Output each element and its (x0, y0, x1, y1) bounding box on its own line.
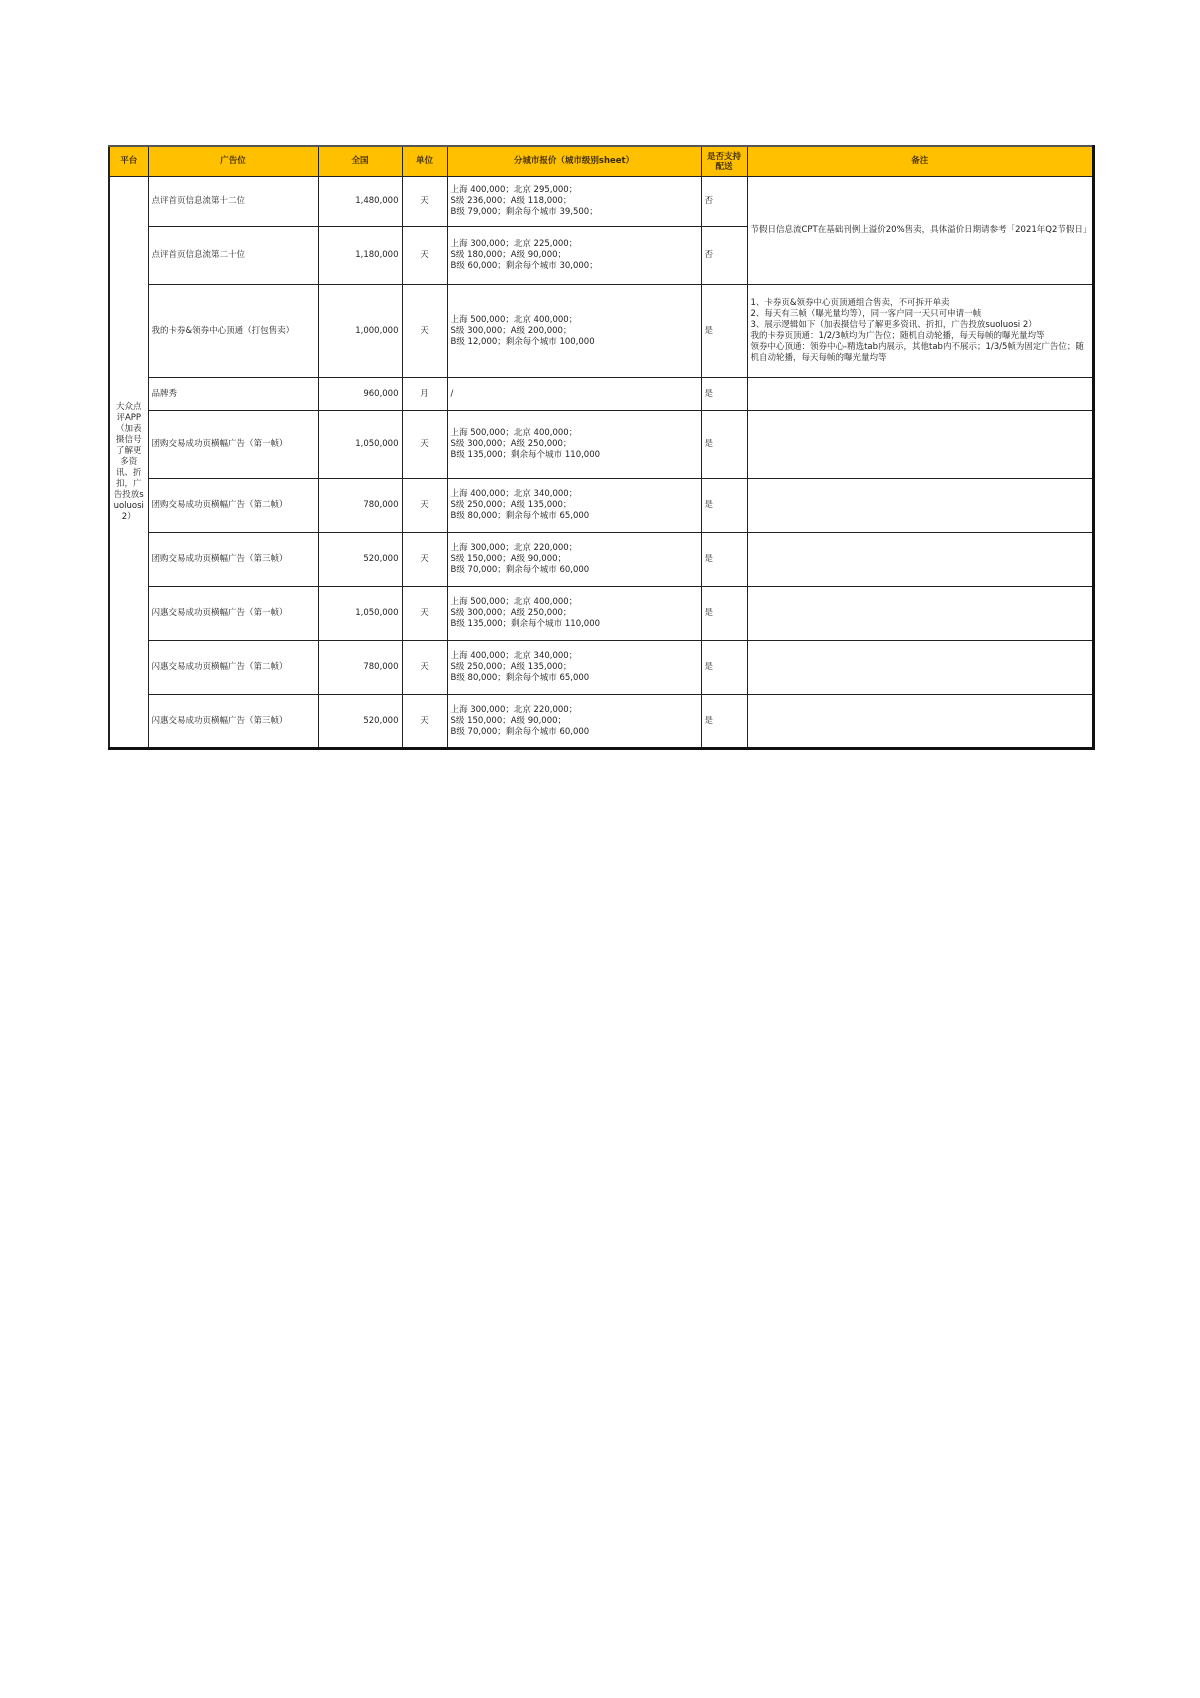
table-row: 品牌秀960,000月/是 (109, 378, 1094, 411)
header-distribution: 是否支持配送 (701, 146, 747, 177)
city-price-cell: 上海 500,000；北京 400,000；S级 300,000；A级 200,… (447, 285, 701, 378)
city-price-line: S级 300,000；A级 200,000； (451, 326, 698, 337)
note-cell (747, 587, 1094, 641)
unit-cell: 天 (402, 641, 447, 695)
note-line: 3、展示逻辑如下（加表摄信号了解更多资讯、折扣，广告投放suoluosi 2） (751, 320, 1090, 331)
table-row: 团购交易成功页横幅广告（第一帧）1,050,000天上海 500,000；北京 … (109, 411, 1094, 479)
unit-cell: 天 (402, 285, 447, 378)
city-price-cell: 上海 300,000；北京 220,000；S级 150,000；A级 90,0… (447, 695, 701, 749)
city-price-cell: 上海 500,000；北京 400,000；S级 300,000；A级 250,… (447, 587, 701, 641)
distribution-cell: 是 (701, 533, 747, 587)
nation-price-cell: 1,480,000 (318, 177, 402, 227)
nation-price-cell: 520,000 (318, 695, 402, 749)
unit-cell: 月 (402, 378, 447, 411)
city-price-line: S级 250,000；A级 135,000； (451, 662, 698, 673)
city-price-line: B级 70,000；剩余每个城市 60,000 (451, 727, 698, 738)
table-row: 我的卡券&领券中心顶通（打包售卖）1,000,000天上海 500,000；北京… (109, 285, 1094, 378)
unit-cell: 天 (402, 533, 447, 587)
city-price-line: 上海 300,000；北京 225,000； (451, 239, 698, 250)
header-nation: 全国 (318, 146, 402, 177)
city-price-cell: / (447, 378, 701, 411)
city-price-line: S级 250,000；A级 135,000； (451, 500, 698, 511)
city-price-line: S级 300,000；A级 250,000； (451, 608, 698, 619)
note-cell-feed: 节假日信息流CPT在基础刊例上溢价20%售卖，具体溢价日期请参考「2021年Q2… (747, 177, 1094, 285)
city-price-cell: 上海 300,000；北京 220,000；S级 150,000；A级 90,0… (447, 533, 701, 587)
distribution-cell: 否 (701, 177, 747, 227)
city-price-line: S级 300,000；A级 250,000； (451, 439, 698, 450)
city-price-cell: 上海 400,000；北京 340,000；S级 250,000；A级 135,… (447, 479, 701, 533)
nation-price-cell: 780,000 (318, 641, 402, 695)
slot-cell: 团购交易成功页横幅广告（第一帧） (148, 411, 318, 479)
note-cell (747, 533, 1094, 587)
city-price-line: 上海 400,000；北京 295,000； (451, 185, 698, 196)
note-cell (747, 378, 1094, 411)
nation-price-cell: 520,000 (318, 533, 402, 587)
note-line: 领券中心顶通：领券中心-精选tab内展示，其他tab内不展示；1/3/5帧为固定… (751, 342, 1090, 364)
slot-cell: 品牌秀 (148, 378, 318, 411)
nation-price-cell: 1,180,000 (318, 227, 402, 285)
city-price-line: 上海 500,000；北京 400,000； (451, 597, 698, 608)
note-cell-coupon: 1、卡券页&领券中心页顶通组合售卖，不可拆开单卖2、每天有三帧（曝光量均等），同… (747, 285, 1094, 378)
city-price-line: 上海 400,000；北京 340,000； (451, 651, 698, 662)
unit-cell: 天 (402, 695, 447, 749)
nation-price-cell: 1,000,000 (318, 285, 402, 378)
slot-cell: 闪惠交易成功页横幅广告（第二帧） (148, 641, 318, 695)
distribution-cell: 是 (701, 641, 747, 695)
nation-price-cell: 1,050,000 (318, 411, 402, 479)
nation-price-cell: 960,000 (318, 378, 402, 411)
header-row: 平台 广告位 全国 单位 分城市报价（城市级别sheet） 是否支持配送 备注 (109, 146, 1094, 177)
city-price-line: B级 135,000；剩余每个城市 110,000 (451, 450, 698, 461)
nation-price-cell: 1,050,000 (318, 587, 402, 641)
city-price-line: B级 70,000；剩余每个城市 60,000 (451, 565, 698, 576)
city-price-line: 上海 300,000；北京 220,000； (451, 705, 698, 716)
note-cell (747, 695, 1094, 749)
note-cell (747, 479, 1094, 533)
slot-cell: 闪惠交易成功页横幅广告（第一帧） (148, 587, 318, 641)
table-row: 闪惠交易成功页横幅广告（第一帧）1,050,000天上海 500,000；北京 … (109, 587, 1094, 641)
distribution-cell: 是 (701, 285, 747, 378)
unit-cell: 天 (402, 587, 447, 641)
ad-rate-table: 平台 广告位 全国 单位 分城市报价（城市级别sheet） 是否支持配送 备注 … (108, 145, 1095, 750)
city-price-line: B级 12,000；剩余每个城市 100,000 (451, 337, 698, 348)
city-price-line: S级 236,000；A级 118,000； (451, 196, 698, 207)
nation-price-cell: 780,000 (318, 479, 402, 533)
city-price-line: S级 180,000；A级 90,000； (451, 250, 698, 261)
distribution-cell: 是 (701, 378, 747, 411)
header-note: 备注 (747, 146, 1094, 177)
distribution-cell: 是 (701, 411, 747, 479)
city-price-line: B级 79,000；剩余每个城市 39,500； (451, 207, 698, 218)
city-price-line: 上海 400,000；北京 340,000； (451, 489, 698, 500)
city-price-cell: 上海 500,000；北京 400,000；S级 300,000；A级 250,… (447, 411, 701, 479)
table-row: 团购交易成功页横幅广告（第三帧）520,000天上海 300,000；北京 22… (109, 533, 1094, 587)
slot-cell: 团购交易成功页横幅广告（第二帧） (148, 479, 318, 533)
note-line: 2、每天有三帧（曝光量均等），同一客户同一天只可申请一帧 (751, 309, 1090, 320)
unit-cell: 天 (402, 479, 447, 533)
slot-cell: 点评首页信息流第十二位 (148, 177, 318, 227)
table-row: 团购交易成功页横幅广告（第二帧）780,000天上海 400,000；北京 34… (109, 479, 1094, 533)
note-line: 我的卡券页顶通：1/2/3帧均为广告位；随机自动轮播，每天每帧的曝光量均等 (751, 331, 1090, 342)
table-row: 大众点评APP（加表摄信号了解更多资讯、折扣，广告投放suoluosi 2）点评… (109, 177, 1094, 227)
slot-cell: 团购交易成功页横幅广告（第三帧） (148, 533, 318, 587)
city-price-line: S级 150,000；A级 90,000； (451, 554, 698, 565)
unit-cell: 天 (402, 177, 447, 227)
city-price-line: B级 80,000；剩余每个城市 65,000 (451, 511, 698, 522)
unit-cell: 天 (402, 411, 447, 479)
distribution-cell: 是 (701, 479, 747, 533)
header-platform: 平台 (109, 146, 148, 177)
city-price-cell: 上海 400,000；北京 295,000；S级 236,000；A级 118,… (447, 177, 701, 227)
city-price-line: 上海 500,000；北京 400,000； (451, 428, 698, 439)
city-price-line: S级 150,000；A级 90,000； (451, 716, 698, 727)
slot-cell: 闪惠交易成功页横幅广告（第三帧） (148, 695, 318, 749)
header-unit: 单位 (402, 146, 447, 177)
city-price-cell: 上海 400,000；北京 340,000；S级 250,000；A级 135,… (447, 641, 701, 695)
unit-cell: 天 (402, 227, 447, 285)
city-price-line: B级 80,000；剩余每个城市 65,000 (451, 673, 698, 684)
distribution-cell: 是 (701, 587, 747, 641)
slot-cell: 点评首页信息流第二十位 (148, 227, 318, 285)
header-slot: 广告位 (148, 146, 318, 177)
city-price-line: 上海 500,000；北京 400,000； (451, 315, 698, 326)
city-price-line: B级 135,000；剩余每个城市 110,000 (451, 619, 698, 630)
header-city: 分城市报价（城市级别sheet） (447, 146, 701, 177)
distribution-cell: 否 (701, 227, 747, 285)
distribution-cell: 是 (701, 695, 747, 749)
note-cell (747, 411, 1094, 479)
table-row: 闪惠交易成功页横幅广告（第二帧）780,000天上海 400,000；北京 34… (109, 641, 1094, 695)
city-price-line: / (451, 389, 698, 400)
table-row: 闪惠交易成功页横幅广告（第三帧）520,000天上海 300,000；北京 22… (109, 695, 1094, 749)
note-cell (747, 641, 1094, 695)
city-price-line: B级 60,000；剩余每个城市 30,000； (451, 261, 698, 272)
note-line: 1、卡券页&领券中心页顶通组合售卖，不可拆开单卖 (751, 298, 1090, 309)
city-price-cell: 上海 300,000；北京 225,000；S级 180,000；A级 90,0… (447, 227, 701, 285)
city-price-line: 上海 300,000；北京 220,000； (451, 543, 698, 554)
platform-cell: 大众点评APP（加表摄信号了解更多资讯、折扣，广告投放suoluosi 2） (109, 177, 148, 749)
slot-cell: 我的卡券&领券中心顶通（打包售卖） (148, 285, 318, 378)
